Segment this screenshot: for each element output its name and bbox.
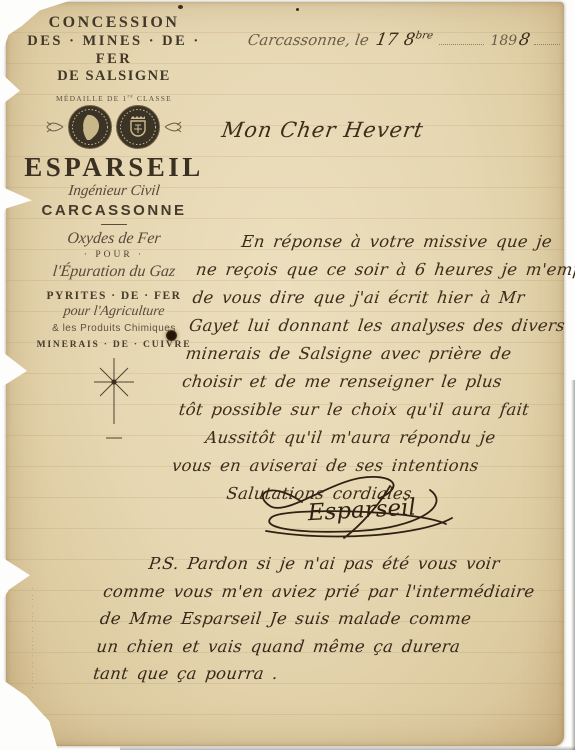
- product-chimiques: & les Produits Chimiques: [18, 323, 210, 334]
- signature-name: Esparseil: [306, 495, 416, 527]
- dotted-rule: [439, 44, 485, 45]
- body-line: de vous dire que j'ai écrit hier à Mr: [191, 284, 566, 312]
- star-ornament-icon: [84, 354, 144, 442]
- product-pyrites: PYRITES · DE · FER: [18, 290, 210, 302]
- postscript-line: comme vous m'en aviez prié par l'intermé…: [102, 578, 557, 606]
- letterhead-concession-line1: CONCESSION: [18, 14, 210, 32]
- medal-head-icon: [67, 104, 113, 150]
- printer-imprint: · ·· · ··· ·· ···· · ·· ··· ·: [29, 588, 34, 691]
- photo-edge-shadow: [571, 380, 575, 750]
- medals: [18, 104, 210, 150]
- dateline-year-written: 8: [517, 30, 531, 50]
- body-line: choisir et de me renseigner le plus: [181, 368, 556, 396]
- medal-crest-icon: [115, 104, 161, 150]
- postscript: P.S. Pardon si je n'ai pas été vous voir…: [92, 550, 561, 688]
- ink-speck: [178, 5, 183, 9]
- ornament-right-icon: [163, 112, 185, 142]
- signature: Esparseil: [240, 468, 460, 554]
- ink-speck: [296, 8, 299, 11]
- product-minerais: MINERAIS · DE · CUIVRE: [18, 340, 210, 350]
- product-pyrites-use: pour l'Agriculture: [17, 302, 211, 321]
- dateline-month: 8bre: [403, 30, 435, 50]
- scanned-letter: CONCESSION DES · MINES · DE · FER DE SAL…: [0, 0, 575, 750]
- dateline-day: 17: [374, 30, 399, 50]
- salutation: Mon Cher Hevert: [220, 118, 425, 142]
- letterhead-concession-line3: DE SALSIGNE: [18, 68, 210, 85]
- postscript-line: tant que ça pourra .: [92, 660, 547, 688]
- product-oxydes-use: l'Épuration du Gaz: [17, 262, 211, 281]
- ornament-left-icon: [43, 112, 65, 142]
- letterhead-name: ESPARSEIL: [18, 152, 210, 183]
- body-line: Gayet lui donnant les analyses des diver…: [187, 312, 562, 340]
- body-line: tôt possible sur le choix qu'il aura fai…: [177, 396, 552, 424]
- dateline: Carcassonne, le 17 8bre 189 8: [248, 30, 560, 50]
- letter-body: En réponse à votre missive que je ne reç…: [167, 228, 573, 508]
- product-oxydes: Oxydes de Fer: [17, 229, 211, 248]
- divider: [101, 224, 127, 225]
- postscript-line: de Mme Esparseil Je suis malade comme: [98, 605, 553, 633]
- product-oxydes-pour: · POUR ·: [18, 250, 210, 260]
- dateline-printed-place: Carcassonne, le: [247, 31, 370, 49]
- dateline-year-printed: 189: [490, 33, 517, 49]
- letterhead-city: CARCASSONNE: [18, 202, 210, 219]
- dotted-rule: [534, 44, 560, 45]
- body-line: minerais de Salsigne avec prière de: [184, 340, 559, 368]
- letterhead-title: Ingénieur Civil: [17, 183, 211, 200]
- body-line: ne reçois que ce soir à 6 heures je m'em…: [194, 256, 569, 284]
- body-line: Aussitôt qu'il m'aura répondu je: [174, 424, 549, 452]
- medal-caption: MÉDAILLE DE 1re CLASSE: [18, 94, 210, 103]
- letterhead-concession-line2: DES · MINES · DE · FER: [18, 32, 210, 68]
- photo-edge-shadow: [120, 746, 575, 750]
- postscript-line: P.S. Pardon si je n'ai pas été vous voir: [105, 550, 560, 578]
- postscript-line: un chien et vais quand même ça durera: [95, 633, 550, 661]
- body-line: En réponse à votre missive que je: [198, 228, 573, 256]
